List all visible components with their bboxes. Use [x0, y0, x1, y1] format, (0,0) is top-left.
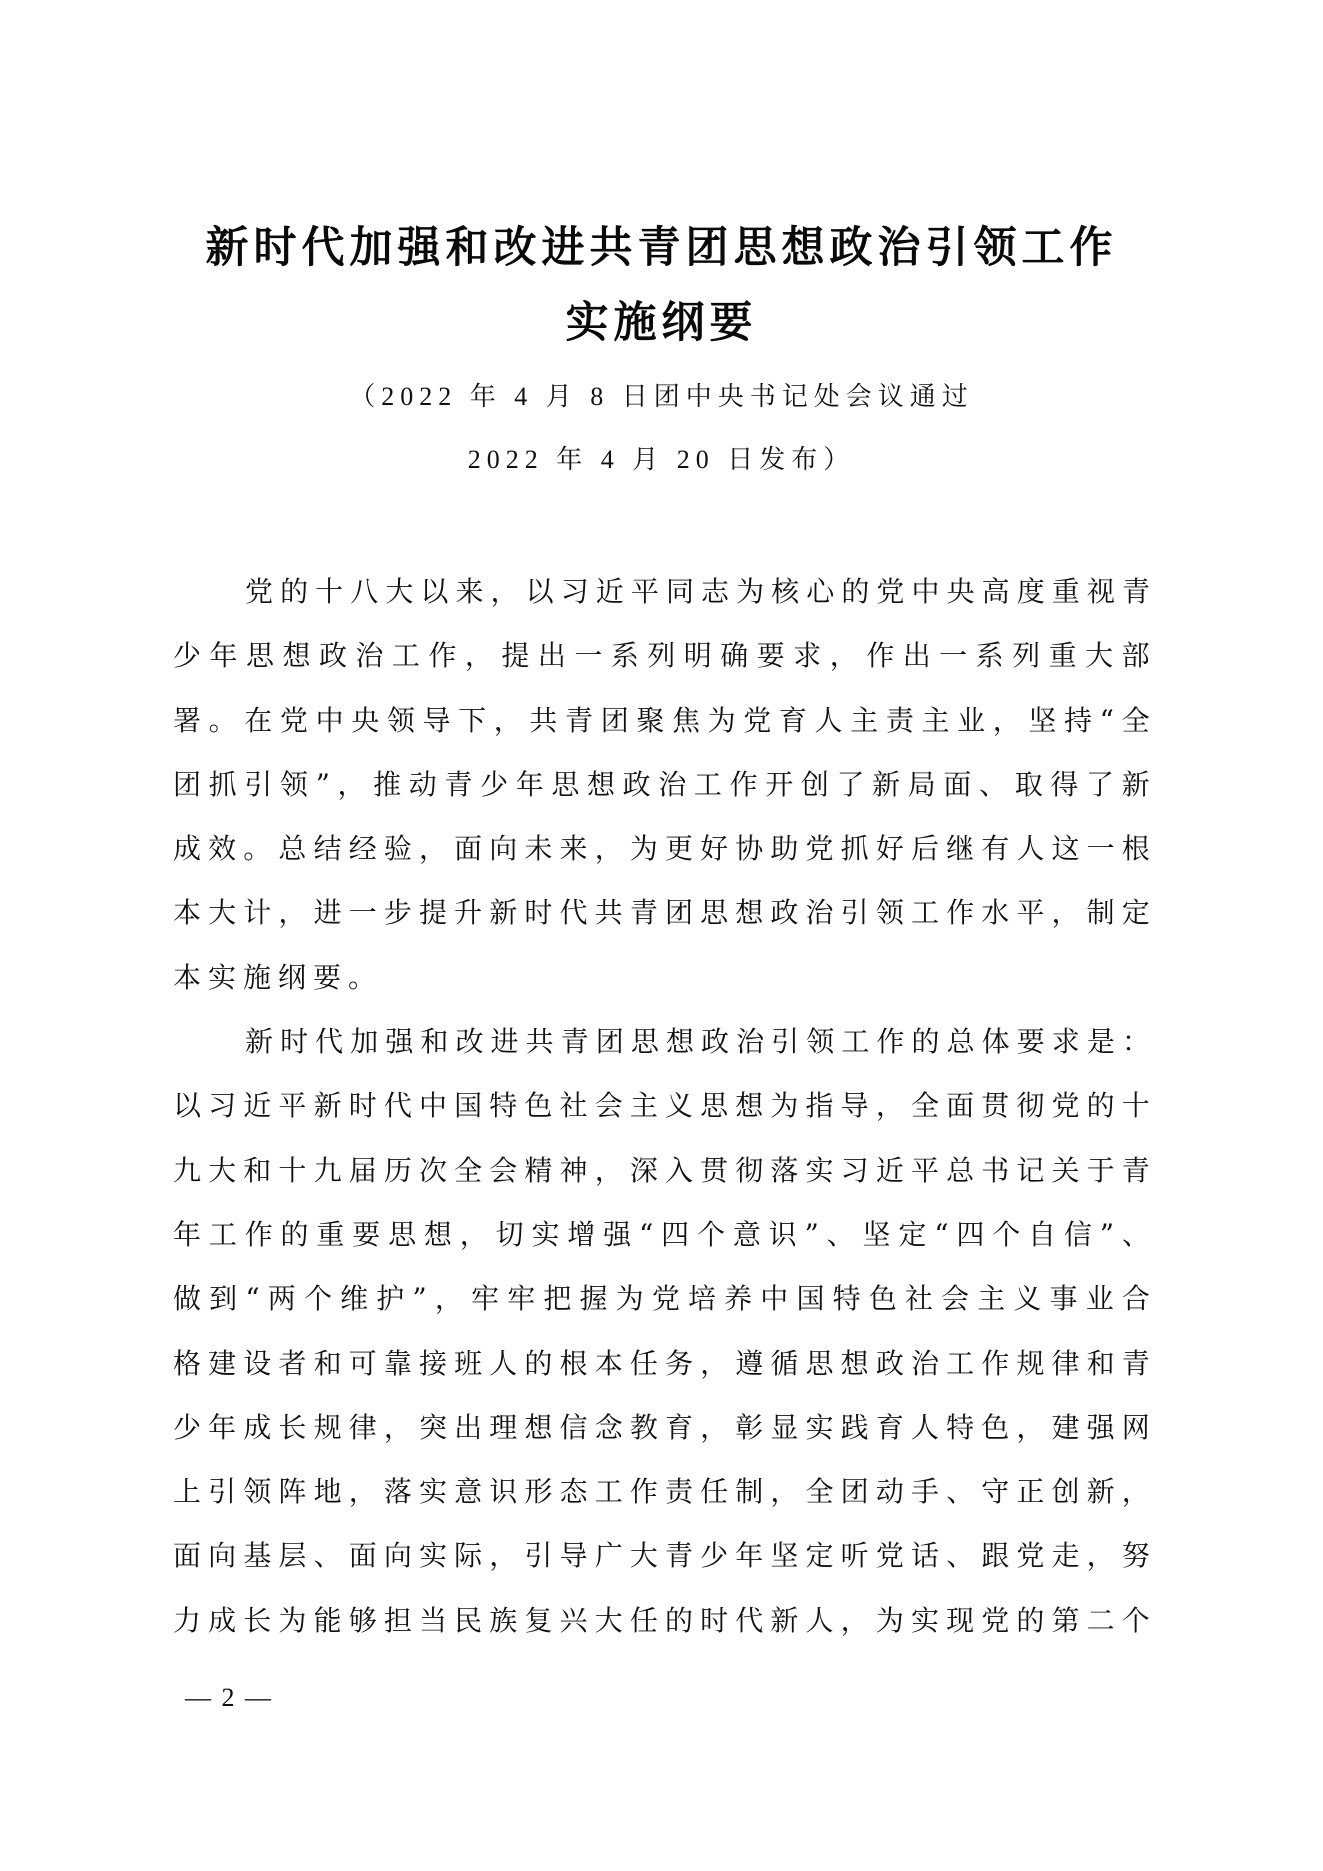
document-title-line-2: 实施纲要	[0, 298, 1323, 348]
paragraph-2-line: 做到“两个维护”，牢牢把握为党培养中国特色社会主义事业合	[173, 1267, 1150, 1331]
paragraph-1-line: 少年思想政治工作，提出一系列明确要求，作出一系列重大部	[173, 624, 1150, 688]
page-number: — 2 —	[185, 1682, 273, 1714]
paragraph-1-line: 成效。总结经验，面向未来，为更好协助党抓好后继有人这一根	[173, 817, 1150, 881]
document-body: 党的十八大以来，以习近平同志为核心的党中央高度重视青 少年思想政治工作，提出一系…	[173, 560, 1150, 1653]
document-subtitle-line-1: （2022 年 4 月 8 日团中央书记处会议通过	[0, 381, 1323, 413]
paragraph-1-line: 本大计，进一步提升新时代共青团思想政治引领工作水平，制定	[173, 881, 1150, 945]
paragraph-2-line: 力成长为能够担当民族复兴大任的时代新人，为实现党的第二个	[173, 1589, 1150, 1653]
paragraph-2-line: 上引领阵地，落实意识形态工作责任制，全团动手、守正创新，	[173, 1460, 1150, 1524]
document-page: 新时代加强和改进共青团思想政治引领工作 实施纲要 （2022 年 4 月 8 日…	[0, 0, 1323, 1871]
paragraph-2-line: 以习近平新时代中国特色社会主义思想为指导，全面贯彻党的十	[173, 1074, 1150, 1138]
paragraph-2-line: 年工作的重要思想，切实增强“四个意识”、坚定“四个自信”、	[173, 1203, 1150, 1267]
paragraph-2-line: 九大和十九届历次全会精神，深入贯彻落实习近平总书记关于青	[173, 1139, 1150, 1203]
paragraph-2-line: 格建设者和可靠接班人的根本任务，遵循思想政治工作规律和青	[173, 1332, 1150, 1396]
paragraph-1-line: 本实施纲要。	[173, 946, 1150, 1010]
paragraph-2-line: 少年成长规律，突出理想信念教育，彰显实践育人特色，建强网	[173, 1396, 1150, 1460]
paragraph-2-line: 新时代加强和改进共青团思想政治引领工作的总体要求是：	[173, 1010, 1150, 1074]
paragraph-1-line: 署。在党中央领导下，共青团聚焦为党育人主责主业，坚持“全	[173, 689, 1150, 753]
document-subtitle-line-2: 2022 年 4 月 20 日发布）	[0, 444, 1323, 476]
paragraph-1-line: 党的十八大以来，以习近平同志为核心的党中央高度重视青	[173, 560, 1150, 624]
document-title-line-1: 新时代加强和改进共青团思想政治引领工作	[0, 223, 1323, 273]
paragraph-2-line: 面向基层、面向实际，引导广大青少年坚定听党话、跟党走，努	[173, 1524, 1150, 1588]
paragraph-1-line: 团抓引领”，推动青少年思想政治工作开创了新局面、取得了新	[173, 753, 1150, 817]
